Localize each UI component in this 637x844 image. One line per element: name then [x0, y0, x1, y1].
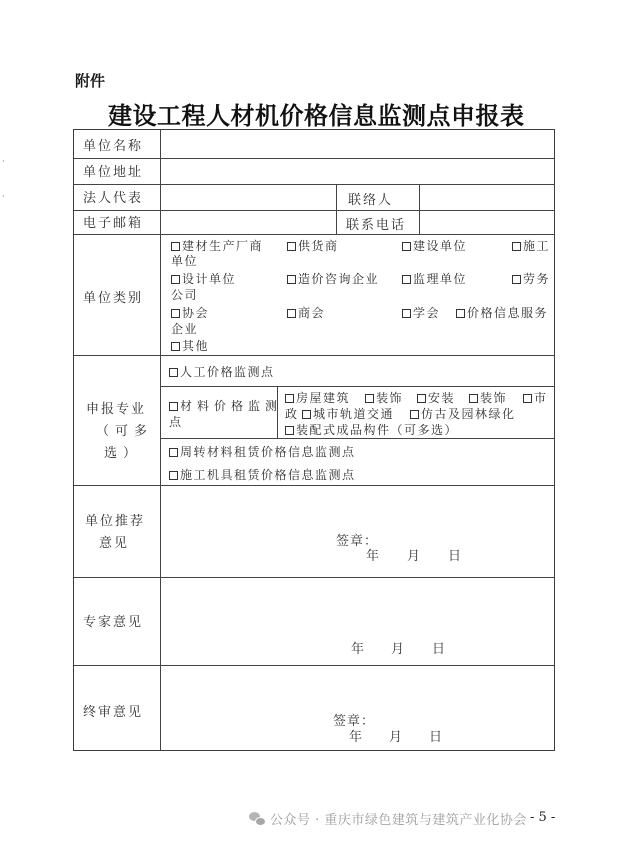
option-price-info-service[interactable]: 价格信息服务	[456, 304, 548, 321]
row-divider	[74, 577, 554, 578]
checkbox-icon[interactable]	[285, 426, 294, 435]
checkbox-icon[interactable]	[302, 410, 311, 419]
unit-name-label: 单位名称	[83, 135, 143, 154]
unit-category-label: 单位类别	[83, 287, 143, 306]
recommendation-label: 单位推荐	[85, 510, 145, 529]
recommendation-label-2: 意见	[99, 532, 129, 551]
wrapped-text: 公司	[171, 286, 198, 303]
checkbox-icon[interactable]	[169, 471, 178, 480]
watermark: 公众号 · 重庆市绿色建筑与建筑产业化协会	[249, 809, 527, 828]
sub-option-prefab[interactable]: 装配式成品构件（可多选）	[285, 421, 458, 438]
unit-address-field[interactable]	[162, 160, 552, 184]
sub-option-decoration-2[interactable]: 装饰	[469, 389, 507, 406]
column-divider	[336, 184, 337, 234]
row-divider	[160, 438, 554, 439]
option-labor-price[interactable]: 人工价格监测点	[169, 363, 275, 380]
email-field[interactable]	[162, 212, 335, 234]
month-label: 月	[391, 638, 405, 657]
unit-address-label: 单位地址	[83, 161, 143, 180]
specialty-label: 申报专业	[86, 398, 146, 417]
expert-opinion-label: 专家意见	[83, 611, 143, 630]
column-divider	[419, 184, 420, 234]
row-divider	[160, 386, 554, 387]
checkbox-icon[interactable]	[171, 275, 180, 284]
scan-mark: ·	[2, 192, 5, 201]
application-form: 单位名称 单位地址 法人代表 联络人 电子邮箱 联系电话 单位类别 建材生产厂商…	[73, 129, 555, 751]
checkbox-icon[interactable]	[169, 402, 178, 411]
option-supervision-unit[interactable]: 监理单位	[402, 270, 467, 287]
legal-rep-label: 法人代表	[83, 187, 143, 206]
row-divider	[74, 210, 554, 211]
option-contractor[interactable]: 施工	[512, 237, 550, 254]
unit-name-field[interactable]	[162, 131, 552, 157]
option-society[interactable]: 学会	[402, 304, 440, 321]
checkbox-icon[interactable]	[169, 368, 178, 377]
option-chamber-of-commerce[interactable]: 商会	[287, 304, 325, 321]
day-label: 日	[429, 726, 443, 745]
option-construction-unit[interactable]: 建设单位	[402, 237, 467, 254]
specialty-label-multi: （可多	[96, 420, 153, 439]
option-other[interactable]: 其他	[171, 337, 209, 354]
checkbox-icon[interactable]	[402, 275, 411, 284]
checkbox-icon[interactable]	[171, 242, 180, 251]
phone-field[interactable]	[421, 212, 552, 234]
specialty-label-select: 选）	[104, 442, 142, 461]
checkbox-icon[interactable]	[469, 394, 478, 403]
page-number: - 5 -	[530, 810, 555, 825]
year-label: 年	[349, 726, 363, 745]
phone-label: 联系电话	[346, 214, 406, 233]
attachment-label: 附件	[75, 70, 105, 91]
email-label: 电子邮箱	[83, 212, 143, 231]
checkbox-icon[interactable]	[169, 448, 178, 457]
option-association[interactable]: 协会	[171, 304, 209, 321]
scan-mark: ·	[2, 157, 5, 166]
checkbox-icon[interactable]	[402, 242, 411, 251]
row-divider	[74, 234, 554, 235]
checkbox-icon[interactable]	[287, 242, 296, 251]
checkbox-icon[interactable]	[287, 275, 296, 284]
checkbox-icon[interactable]	[287, 309, 296, 318]
checkbox-icon[interactable]	[456, 309, 465, 318]
option-rental-machinery[interactable]: 施工机具租赁价格信息监测点	[169, 466, 356, 483]
wrapped-text: 单位	[171, 252, 198, 269]
checkbox-icon[interactable]	[171, 342, 180, 351]
final-review-label: 终审意见	[83, 701, 143, 720]
option-labor-company[interactable]: 劳务	[512, 270, 550, 287]
day-label: 日	[448, 545, 462, 564]
option-supplier[interactable]: 供货商	[287, 237, 339, 254]
legal-rep-field[interactable]	[162, 186, 335, 210]
row-divider	[74, 184, 554, 185]
wrapped-text: 企业	[171, 320, 198, 337]
sub-option-housing[interactable]: 房屋建筑	[285, 389, 350, 406]
checkbox-icon[interactable]	[417, 394, 426, 403]
option-cost-consulting[interactable]: 造价咨询企业	[287, 270, 379, 287]
checkbox-icon[interactable]	[512, 242, 521, 251]
year-label: 年	[351, 638, 365, 657]
option-rental-material[interactable]: 周转材料租赁价格信息监测点	[169, 443, 356, 460]
sub-option-decoration[interactable]: 装饰	[365, 389, 403, 406]
sub-option-urban-rail[interactable]: 城市轨道交通	[302, 405, 394, 422]
row-divider	[74, 665, 554, 666]
form-title: 建设工程人材机价格信息监测点申报表	[108, 96, 525, 131]
month-label: 月	[407, 545, 421, 564]
day-label: 日	[432, 638, 446, 657]
checkbox-icon[interactable]	[365, 394, 374, 403]
checkbox-icon[interactable]	[285, 394, 294, 403]
checkbox-icon[interactable]	[523, 394, 532, 403]
year-label: 年	[366, 545, 380, 564]
row-divider	[74, 158, 554, 159]
option-design-unit[interactable]: 设计单位	[171, 270, 236, 287]
contact-person-label: 联络人	[348, 189, 393, 208]
sub-option-installation[interactable]: 安装	[417, 389, 455, 406]
contact-person-field[interactable]	[421, 186, 552, 210]
wrapped-text: 政	[285, 405, 299, 422]
wechat-icon	[249, 812, 266, 826]
sub-option-municipal[interactable]: 市	[523, 389, 548, 406]
wrapped-text: 点	[169, 413, 183, 430]
checkbox-icon[interactable]	[410, 410, 419, 419]
checkbox-icon[interactable]	[171, 309, 180, 318]
row-divider	[74, 485, 554, 486]
column-divider	[160, 130, 161, 750]
row-divider	[74, 355, 554, 356]
sub-option-landscape[interactable]: 仿古及园林绿化	[410, 405, 516, 422]
month-label: 月	[389, 726, 403, 745]
checkbox-icon[interactable]	[402, 309, 411, 318]
option-material-price[interactable]: 材料价格监测	[169, 397, 282, 414]
checkbox-icon[interactable]	[512, 275, 521, 284]
